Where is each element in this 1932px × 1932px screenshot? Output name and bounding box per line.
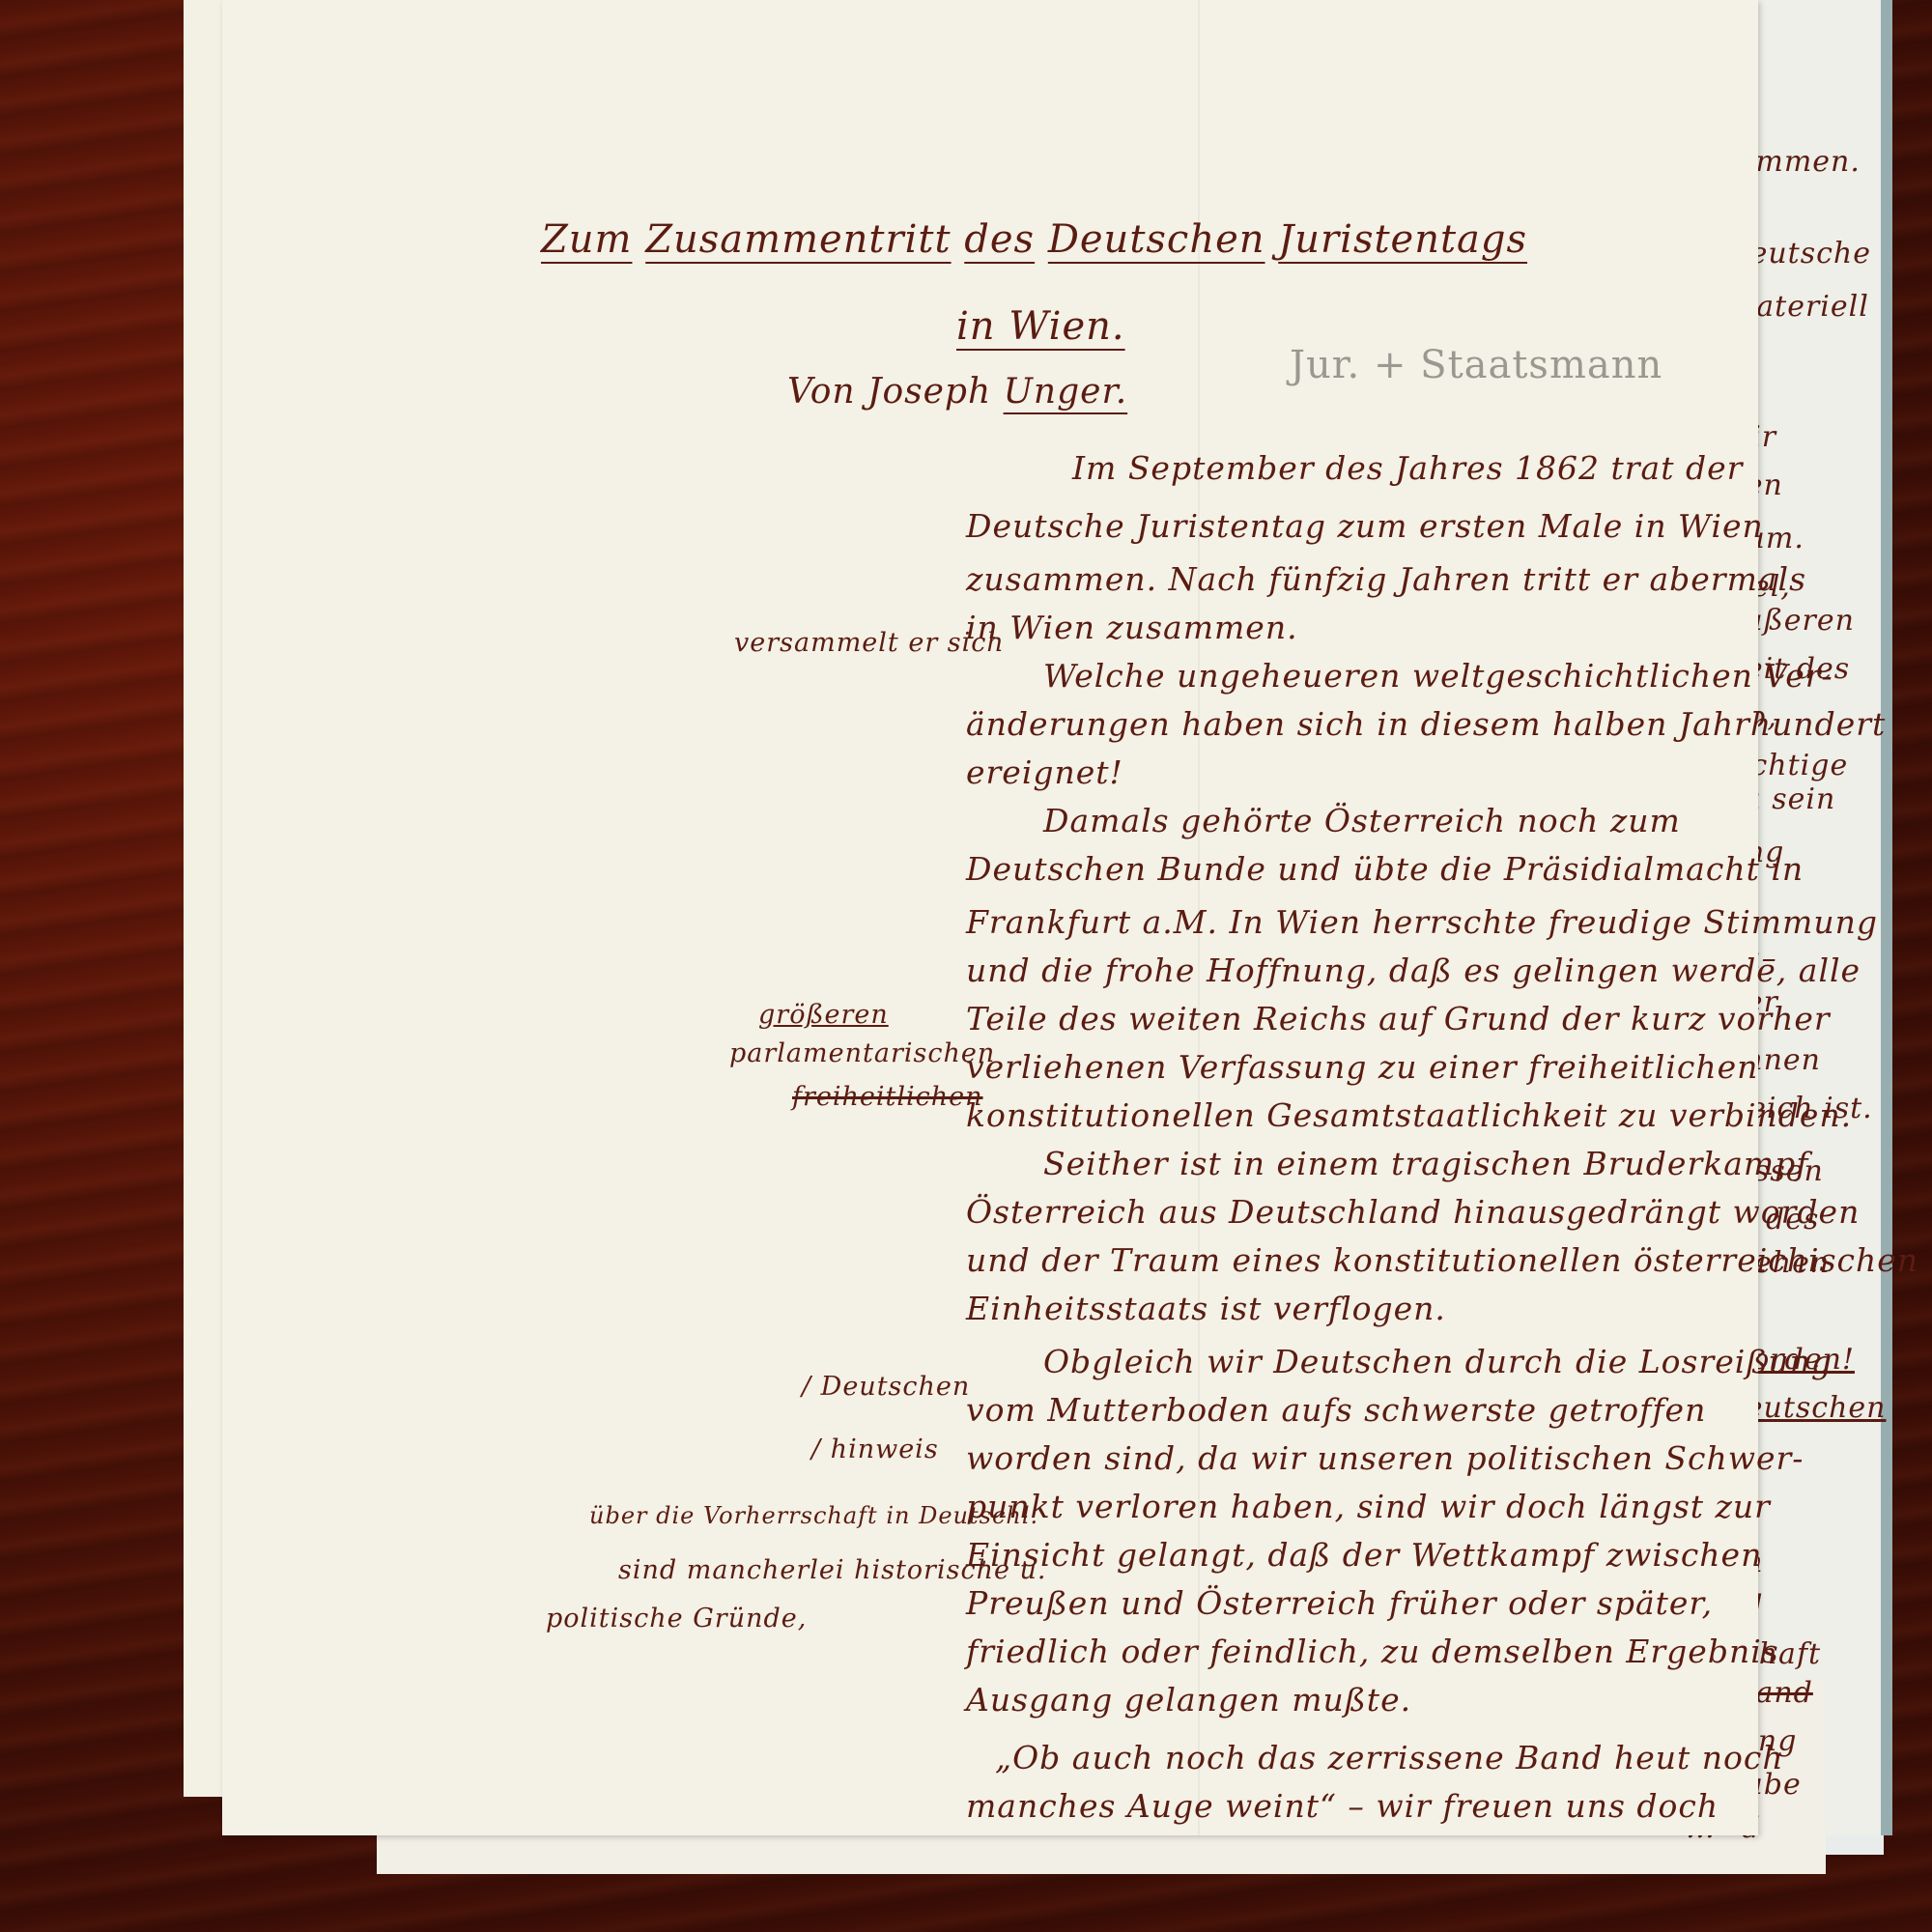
body-line: „Ob auch noch das zerrissene Band heut n… bbox=[995, 1739, 1784, 1776]
body-line: manches Auge weint“ – wir freuen uns doc… bbox=[966, 1787, 1719, 1825]
body-line: zusammen. Nach fünfzig Jahren tritt er a… bbox=[966, 560, 1806, 598]
title-place: in Wien. bbox=[956, 304, 1125, 349]
body-line: Im September des Jahres 1862 trat der bbox=[1072, 449, 1743, 487]
author-prefix: Von bbox=[787, 372, 856, 412]
body-line: Ausgang gelangen mußte. bbox=[966, 1681, 1411, 1719]
body-line: verliehenen Verfassung zu einer freiheit… bbox=[966, 1048, 1758, 1086]
author-first-name: Joseph bbox=[867, 372, 991, 412]
body-line: Preußen und Österreich früher oder späte… bbox=[966, 1584, 1713, 1622]
title-word: des bbox=[964, 217, 1035, 262]
body-line: friedlich oder feindlich, zu demselben E… bbox=[966, 1633, 1779, 1670]
body-line: punkt verloren haben, sind wir doch läng… bbox=[966, 1488, 1771, 1525]
body-line: Einsicht gelangt, daß der Wettkampf zwis… bbox=[966, 1536, 1762, 1574]
margin-note: über die Vorherrschaft in Deutschl. bbox=[589, 1502, 1038, 1529]
body-line: worden sind, da wir unseren politischen … bbox=[966, 1439, 1804, 1477]
title-word: Zum bbox=[541, 217, 632, 262]
body-line: Frankfurt a.M. In Wien herrschte freudig… bbox=[966, 903, 1878, 941]
margin-note: / Deutschen bbox=[802, 1372, 970, 1402]
body-line: und der Traum eines konstitutionellen ös… bbox=[966, 1241, 1918, 1279]
margin-note: versammelt er sich bbox=[734, 628, 1005, 658]
margin-note: parlamentarischen bbox=[729, 1038, 995, 1068]
body-line: in Wien zusammen. bbox=[966, 609, 1298, 646]
body-line: Welche ungeheueren weltgeschichtlichen V… bbox=[1043, 657, 1833, 695]
author-last-name: Unger. bbox=[1004, 372, 1128, 412]
margin-note: sind mancherlei historische u. bbox=[618, 1555, 1047, 1585]
body-line: Damals gehörte Österreich noch zum bbox=[1043, 802, 1681, 839]
manuscript-title: Zum Zusammentritt des Deutschen Juristen… bbox=[541, 217, 1527, 262]
body-line: Obgleich wir Deutschen durch die Losreiß… bbox=[1043, 1343, 1833, 1380]
title-word: Zusammentritt bbox=[645, 217, 951, 262]
body-line: ereignet! bbox=[966, 753, 1123, 791]
body-line: Teile des weiten Reichs auf Grund der ku… bbox=[966, 1000, 1831, 1037]
body-line: und die frohe Hoffnung, daß es gelingen … bbox=[966, 952, 1861, 989]
author-line: Von Joseph Unger. bbox=[787, 372, 1127, 412]
body-line: Einheitsstaats ist verflogen. bbox=[966, 1290, 1446, 1327]
body-line: vom Mutterboden aufs schwerste getroffen bbox=[966, 1391, 1706, 1429]
body-line: Österreich aus Deutschland hinausgedräng… bbox=[966, 1193, 1860, 1231]
body-line: änderungen haben sich in diesem halben J… bbox=[966, 705, 1886, 743]
pencil-annotation: Jur. + Staatsmann bbox=[1290, 343, 1662, 387]
body-line: Deutschen Bunde und übte die Präsidialma… bbox=[966, 850, 1804, 888]
title-word: Juristentags bbox=[1278, 217, 1527, 262]
margin-note: / hinweis bbox=[811, 1435, 939, 1464]
body-line: Seither ist in einem tragischen Bruderka… bbox=[1043, 1145, 1809, 1182]
margin-note: freiheitlichen bbox=[792, 1082, 983, 1112]
margin-note: größeren bbox=[758, 1000, 889, 1030]
title-place-text: in Wien. bbox=[956, 304, 1125, 349]
body-line: Deutsche Juristentag zum ersten Male in … bbox=[966, 507, 1764, 545]
title-word: Deutschen bbox=[1048, 217, 1265, 262]
margin-note: politische Gründe, bbox=[546, 1604, 807, 1634]
body-line: konstitutionellen Gesamtstaatlichkeit zu… bbox=[966, 1096, 1852, 1134]
